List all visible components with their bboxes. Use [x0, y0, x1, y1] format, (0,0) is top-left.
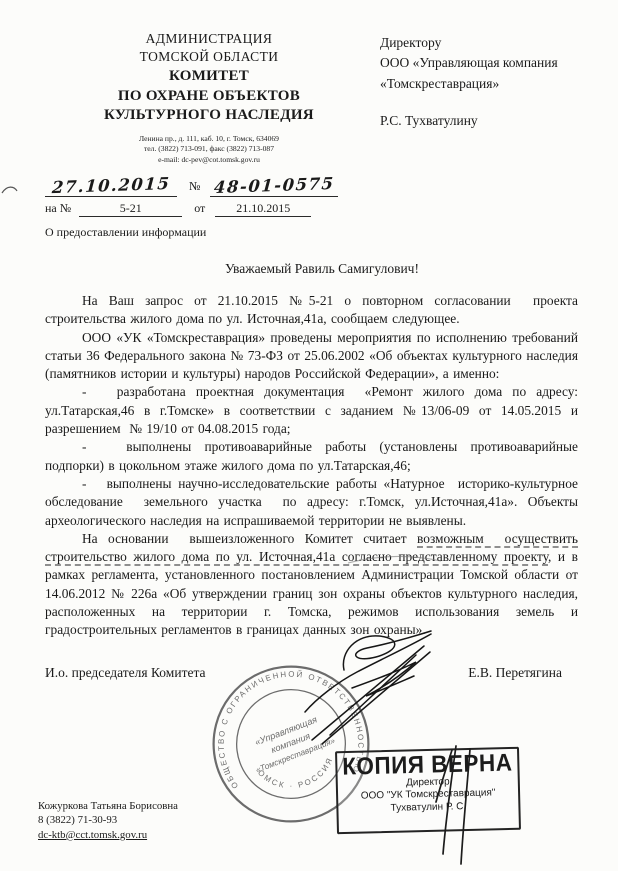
letterhead-address: Ленина пр., д. 111, каб. 10, г. Томск, 6… — [58, 134, 360, 145]
reference-row-incoming: на № 5-21 от 21.10.2015 — [45, 201, 345, 217]
body-paragraph-6: На основании вышеизложенного Комитет счи… — [45, 530, 578, 640]
org-name: АДМИНИСТРАЦИЯ ТОМСКОЙ ОБЛАСТИ — [58, 30, 360, 65]
margin-pen-mark — [2, 187, 17, 193]
reference-row-outgoing: 27.10.2015 № 48-01-0575 — [45, 176, 345, 197]
from-label: от — [194, 201, 205, 216]
scanned-letter-page: АДМИНИСТРАЦИЯ ТОМСКОЙ ОБЛАСТИ КОМИТЕТ ПО… — [0, 0, 618, 871]
executor-email: dc-ktb@cct.tomsk.gov.ru — [38, 828, 178, 842]
subject-line: О предоставлении информации — [45, 225, 345, 240]
outgoing-date-field: 27.10.2015 — [45, 176, 177, 197]
body-paragraph-4: - выполнены противоаварийные работы (уст… — [45, 438, 578, 475]
executor-name: Кожуркова Татьяна Борисовна — [38, 799, 178, 813]
committee-line3: КУЛЬТУРНОГО НАСЛЕДИЯ — [58, 106, 360, 126]
committee-line1: КОМИТЕТ — [58, 67, 360, 87]
salutation: Уважаемый Равиль Самигулович! — [0, 261, 618, 277]
copy-stamp-title: КОПИЯ ВЕРНА — [337, 750, 518, 780]
signer-name: Е.В. Перетягина — [468, 665, 562, 681]
executor-contact-block: Кожуркова Татьяна Борисовна 8 (3822) 71-… — [38, 799, 178, 842]
number-label: № — [189, 179, 200, 194]
header: АДМИНИСТРАЦИЯ ТОМСКОЙ ОБЛАСТИ КОМИТЕТ ПО… — [0, 0, 618, 166]
body-paragraph-3: - разработана проектная документация «Ре… — [45, 383, 578, 438]
reference-block: 27.10.2015 № 48-01-0575 на № 5-21 от 21.… — [45, 176, 345, 240]
committee-name: КОМИТЕТ ПО ОХРАНЕ ОБЪЕКТОВ КУЛЬТУРНОГО Н… — [58, 67, 360, 126]
reply-to-label: на № — [45, 201, 71, 216]
addressee-title: Директору — [380, 33, 558, 53]
executor-phone: 8 (3822) 71-30-93 — [38, 813, 178, 827]
letterhead: АДМИНИСТРАЦИЯ ТОМСКОЙ ОБЛАСТИ КОМИТЕТ ПО… — [58, 30, 360, 166]
handwritten-date: 27.10.2015 — [51, 174, 171, 197]
addressee-org-line1: ООО «Управляющая компания — [380, 53, 558, 73]
addressee-org-line2: «Томскреставрация» — [380, 74, 558, 94]
outgoing-number-field: 48-01-0575 — [210, 176, 338, 197]
copy-verified-stamp: КОПИЯ ВЕРНА Директор ООО "УК Томскрестав… — [335, 747, 521, 834]
body-paragraph-5: - выполнены научно-исследовательские раб… — [45, 475, 578, 530]
org-line2: ТОМСКОЙ ОБЛАСТИ — [58, 48, 360, 66]
body-paragraph-2: ООО «УК «Томскреставрация» проведены мер… — [45, 329, 578, 384]
letterhead-contacts: Ленина пр., д. 111, каб. 10, г. Томск, 6… — [58, 134, 360, 166]
committee-line2: ПО ОХРАНЕ ОБЪЕКТОВ — [58, 87, 360, 107]
org-line1: АДМИНИСТРАЦИЯ — [58, 30, 360, 48]
handwritten-number: 48-01-0575 — [214, 174, 336, 197]
reply-number-field: 5-21 — [79, 201, 182, 217]
reply-date-field: 21.10.2015 — [215, 201, 311, 217]
addressee-name: Р.С. Тухватулину — [380, 111, 558, 131]
letterhead-phone: тел. (3822) 713-091, факс (3822) 713-087 — [58, 144, 360, 155]
addressee-block: Директору ООО «Управляющая компания «Том… — [380, 30, 558, 166]
signer-position: И.о. председателя Комитета — [45, 665, 206, 681]
letter-body: На Ваш запрос от 21.10.2015 №5-21 о повт… — [45, 292, 578, 640]
body-paragraph-1: На Ваш запрос от 21.10.2015 №5-21 о повт… — [45, 292, 578, 329]
p6-text-start: На основании вышеизложенного Комитет счи… — [82, 531, 417, 546]
letterhead-email: e-mail: dc-pev@cot.tomsk.gov.ru — [58, 155, 360, 166]
